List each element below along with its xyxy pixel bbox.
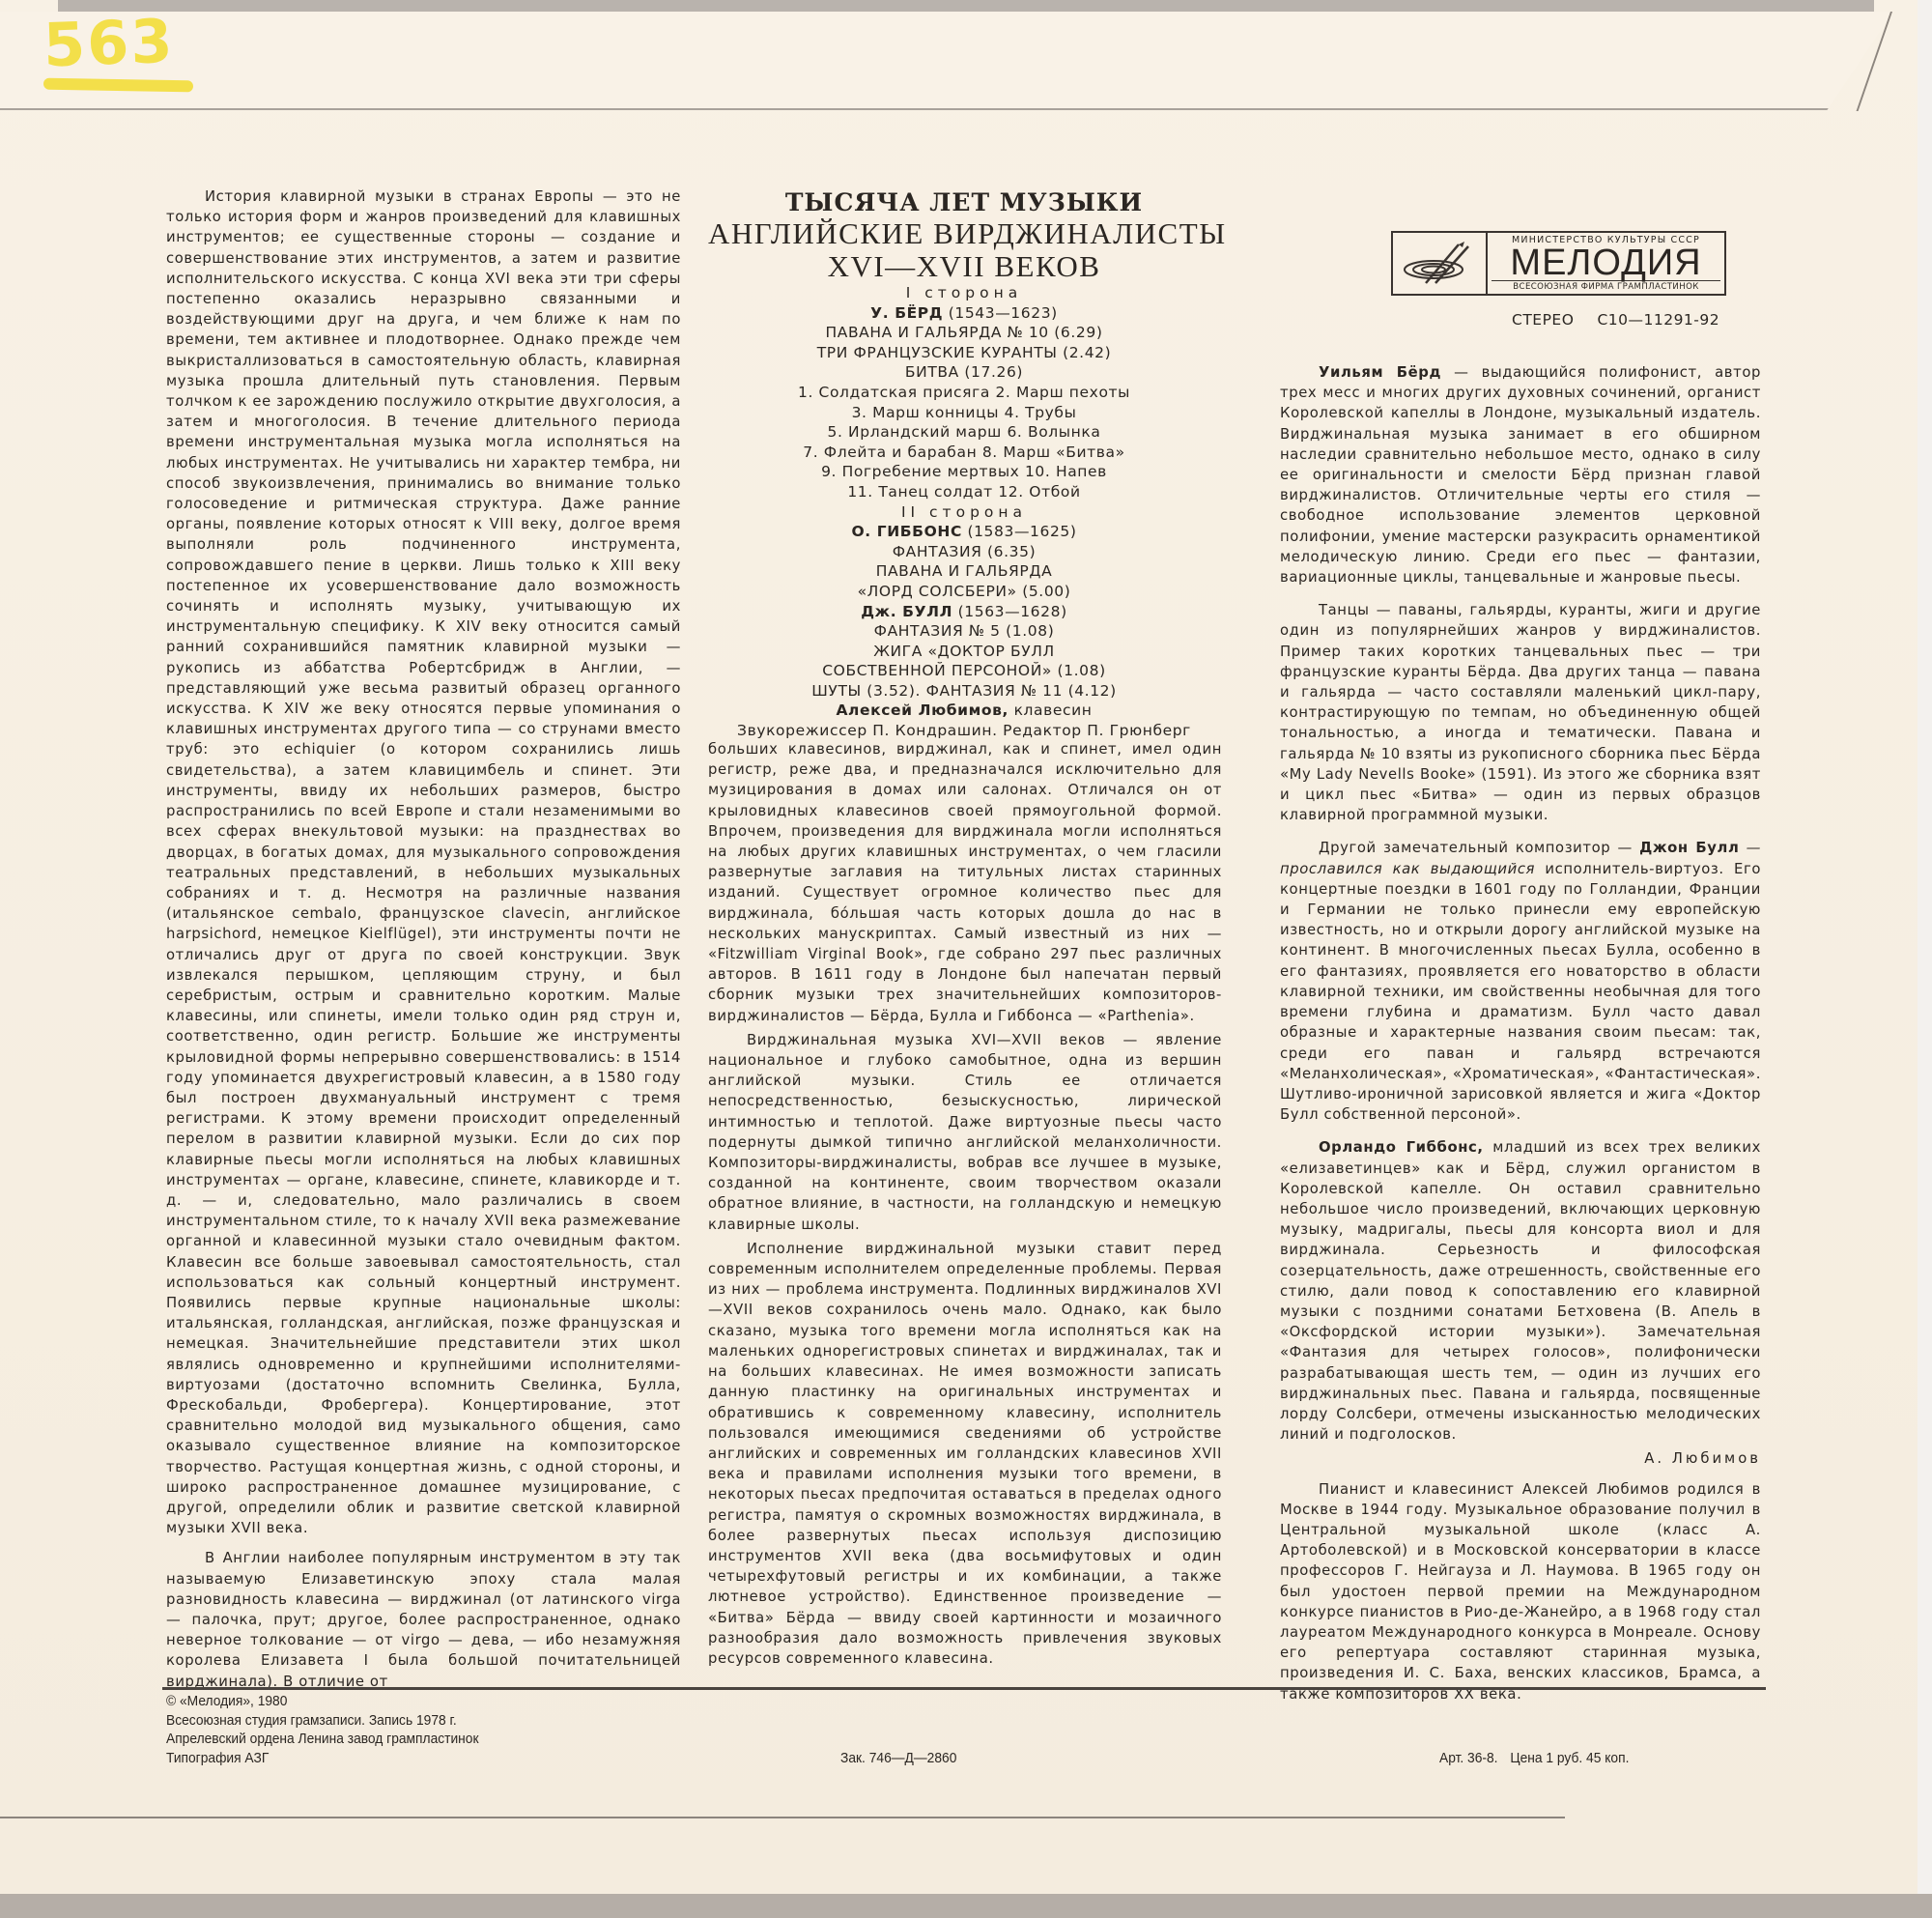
composer-years: (1583—1625) <box>967 523 1076 540</box>
essay-paragraph: больших клавесинов, вирджинал, как и спи… <box>708 739 1222 1026</box>
track-line: ШУТЫ (3.52). ФАНТАЗИЯ № 11 (4.12) <box>708 681 1220 701</box>
track-line: БИТВА (17.26) <box>708 362 1220 383</box>
side-2-label: II сторона <box>708 502 1220 523</box>
article-number: Арт. 36-8. <box>1439 1750 1497 1766</box>
track-line: 11. Танец солдат 12. Отбой <box>708 482 1220 502</box>
bull-name: Джон Булл <box>1639 840 1739 856</box>
footer-rule <box>162 1687 1766 1690</box>
catalog-info: СТЕРЕОС10—11291-92 <box>1512 311 1719 329</box>
sleeve-bottom-edge <box>0 1894 1932 1918</box>
composer-name: О. ГИББОНС <box>851 523 961 540</box>
price: Цена 1 руб. 45 коп. <box>1510 1750 1629 1766</box>
essay-paragraph: Исполнение вирджинальной музыки ставит п… <box>708 1239 1222 1669</box>
sleeve-top-flap <box>0 12 1893 110</box>
series-title: ТЫСЯЧА ЛЕТ МУЗЫКИ <box>708 188 1220 217</box>
composer-heading: Дж. БУЛЛ (1563—1628) <box>708 602 1220 622</box>
essay-paragraph: В Англии наиболее популярным инструменто… <box>166 1548 681 1691</box>
album-title-line1: АНГЛИЙСКИЕ ВИРДЖИНАЛИСТЫ <box>708 217 1220 250</box>
side-1-tracks: ПАВАНА И ГАЛЬЯРДА № 10 (6.29)ТРИ ФРАНЦУЗ… <box>708 323 1220 501</box>
imprint-block: © «Мелодия», 1980 Всесоюзная студия грам… <box>166 1692 479 1767</box>
side-2-tracks-bull: ФАНТАЗИЯ № 5 (1.08)ЖИГА «ДОКТОР БУЛЛСОБС… <box>708 621 1220 701</box>
catalog-number: С10—11291-92 <box>1597 311 1719 329</box>
side-1-label: I сторона <box>708 283 1220 303</box>
track-line: 1. Солдатская присяга 2. Марш пехоты <box>708 383 1220 403</box>
sleeve-right-edge <box>1918 0 1932 1918</box>
essay-paragraph: Вирджинальная музыка XVI—XVII веков — яв… <box>708 1030 1222 1235</box>
track-line: «ЛОРД СОЛСБЕРИ» (5.00) <box>708 582 1220 602</box>
production-credits: Звукорежиссер П. Кондрашин. Редактор П. … <box>708 721 1220 741</box>
composer-heading: О. ГИББОНС (1583—1625) <box>708 522 1220 542</box>
essay-column-middle: больших клавесинов, вирджинал, как и спи… <box>708 739 1222 1669</box>
title-block: ТЫСЯЧА ЛЕТ МУЗЫКИ АНГЛИЙСКИЕ ВИРДЖИНАЛИС… <box>708 188 1220 741</box>
bottom-flap-line <box>0 1817 1565 1818</box>
byrd-paragraph: Уильям Бёрд — выдающийся полифонист, авт… <box>1280 362 1761 587</box>
composer-years: (1563—1628) <box>958 603 1067 620</box>
track-line: 3. Марш конницы 4. Трубы <box>708 403 1220 423</box>
logo-text: МИНИСТЕРСТВО КУЛЬТУРЫ СССР МЕЛОДИЯ ВСЕСО… <box>1488 233 1724 294</box>
track-line: 9. Погребение мертвых 10. Напев <box>708 462 1220 482</box>
price-block: Арт. 36-8.Цена 1 руб. 45 коп. <box>1439 1749 1629 1768</box>
tracklist: I сторона У. БЁРД (1543—1623) ПАВАНА И Г… <box>708 283 1220 741</box>
track-line: ПАВАНА И ГАЛЬЯРДА <box>708 561 1220 582</box>
essay-column-left: История клавирной музыки в странах Европ… <box>166 186 681 1692</box>
track-line: ЖИГА «ДОКТОР БУЛЛ <box>708 642 1220 662</box>
track-line: СОБСТВЕННОЙ ПЕРСОНОЙ» (1.08) <box>708 661 1220 681</box>
composer-heading: У. БЁРД (1543—1623) <box>708 303 1220 324</box>
printer-credit: Типография АЗГ <box>166 1749 479 1768</box>
byrd-name: Уильям Бёрд <box>1319 364 1441 381</box>
performer-name: Алексей Любимов, <box>836 701 1009 719</box>
dances-paragraph: Танцы — паваны, гальярды, куранты, жиги … <box>1280 600 1761 825</box>
side-2-tracks-gibbons: ФАНТАЗИЯ (6.35)ПАВАНА И ГАЛЬЯРДА«ЛОРД СО… <box>708 542 1220 602</box>
bull-intro: Другой замечательный композитор — <box>1319 840 1639 856</box>
track-line: ФАНТАЗИЯ (6.35) <box>708 542 1220 562</box>
order-number: Зак. 746—Д—2860 <box>840 1749 956 1768</box>
gibbons-paragraph: Орландо Гиббонс, младший из всех трех ве… <box>1280 1137 1761 1445</box>
logo-subtitle: ВСЕСОЮЗНАЯ ФИРМА ГРАМПЛАСТИНОК <box>1488 281 1724 293</box>
essay-paragraph: История клавирной музыки в странах Европ… <box>166 186 681 1538</box>
composer-name: Дж. БУЛЛ <box>861 603 952 620</box>
copyright: © «Мелодия», 1980 <box>166 1692 479 1711</box>
track-line: ТРИ ФРАНЦУЗСКИЕ КУРАНТЫ (2.42) <box>708 343 1220 363</box>
track-line: 7. Флейта и барабан 8. Марш «Битва» <box>708 443 1220 463</box>
handwritten-inventory-number: 563 <box>43 6 176 81</box>
melodiya-record-logo-icon <box>1393 233 1488 294</box>
composer-years: (1543—1623) <box>949 304 1058 322</box>
album-title-line2: XVI—XVII ВЕКОВ <box>708 250 1220 283</box>
performer-bio: Пианист и клавесинист Алексей Любимов ро… <box>1280 1479 1761 1704</box>
studio-credit: Всесоюзная студия грамзаписи. Запись 197… <box>166 1711 479 1731</box>
composer-name: У. БЁРД <box>870 304 943 322</box>
byrd-text: — выдающийся полифонист, автор трех месс… <box>1280 364 1761 586</box>
bull-paragraph: Другой замечательный композитор — Джон Б… <box>1280 838 1761 1125</box>
logo-brand: МЕЛОДИЯ <box>1492 246 1720 281</box>
track-line: 5. Ирландский марш 6. Волынка <box>708 422 1220 443</box>
bull-text: исполнитель-виртуоз. Его концертные поез… <box>1280 861 1761 1123</box>
track-line: ПАВАНА И ГАЛЬЯРДА № 10 (6.29) <box>708 323 1220 343</box>
record-sleeve-back: 563 История клавирной музыки в странах Е… <box>0 0 1932 1918</box>
sleeve-top-edge <box>58 0 1874 12</box>
performer-instrument: клавесин <box>1014 701 1093 719</box>
track-line: ФАНТАЗИЯ № 5 (1.08) <box>708 621 1220 642</box>
format-label: СТЕРЕО <box>1512 311 1574 329</box>
essay-column-right: Уильям Бёрд — выдающийся полифонист, авт… <box>1280 362 1761 1704</box>
author-signature: А. Любимов <box>1280 1448 1761 1469</box>
melodiya-logo: МИНИСТЕРСТВО КУЛЬТУРЫ СССР МЕЛОДИЯ ВСЕСО… <box>1391 231 1726 296</box>
gibbons-text: младший из всех трех великих «елизаветин… <box>1280 1139 1761 1443</box>
performer: Алексей Любимов, клавесин <box>708 701 1220 721</box>
factory-credit: Апрелевский ордена Ленина завод грамплас… <box>166 1730 479 1749</box>
gibbons-name: Орландо Гиббонс, <box>1319 1139 1484 1156</box>
